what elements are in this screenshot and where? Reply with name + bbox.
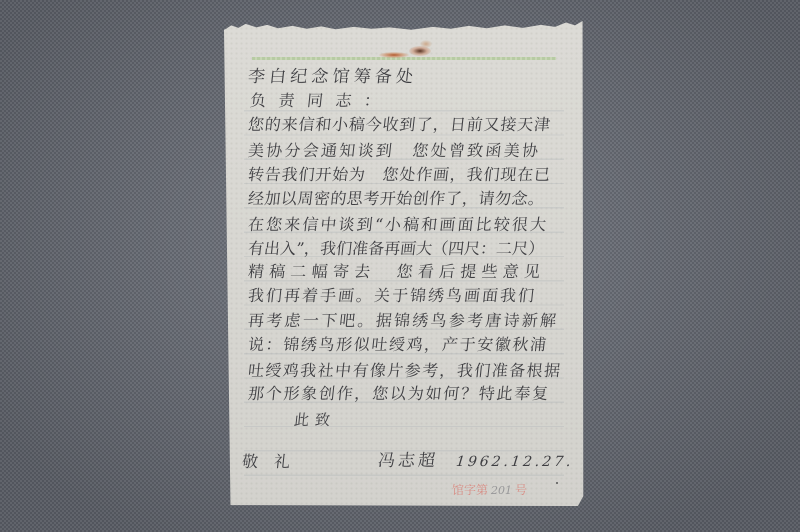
- letter-closing-jingli: 敬礼: [241, 452, 307, 472]
- letter-body-line: 吐绶鸡我社中有像片参考，我们准备根据: [247, 361, 561, 381]
- paper-speck: [556, 482, 558, 484]
- letter-body-line: 美协分会通知谈到 您处曾致函美协: [247, 141, 539, 161]
- letter-closing-cizhi: 此致: [293, 410, 337, 430]
- letter-salutation: 负责同志：: [249, 91, 381, 111]
- rust-stain: [420, 40, 432, 48]
- stamp-suffix: 号: [515, 483, 527, 497]
- letter-body-line: 精稿二幅寄去 您看后提些意见: [247, 262, 541, 282]
- letter-body-line: 那个形象创作，您以为如何？特此奉复: [247, 384, 549, 404]
- letter-date: 1962.12.27.: [455, 452, 575, 472]
- letter-body-line: 有出入”，我们准备再画大（四尺：二尺）: [247, 239, 541, 259]
- letter-body-line: 再考虑一下吧。据锦绣鸟参考唐诗新解: [247, 311, 557, 331]
- letter-body-line: 经加以周密的思考开始创作了，请勿念。: [247, 189, 545, 209]
- letter-body-line: 说：锦绣鸟形似吐绶鸡，产于安徽秋浦: [247, 335, 547, 355]
- archive-stamp: 馆字第201号: [452, 481, 527, 498]
- letter-signature: 冯志超: [377, 451, 439, 471]
- stamp-number: 201: [491, 484, 512, 497]
- rust-stain: [379, 52, 409, 58]
- header-rule-line: [252, 57, 556, 60]
- letter-body-line: 您的来信和小稿今收到了，日前又接天津: [247, 115, 551, 135]
- letter-recipient: 李白纪念馆筹备处: [247, 67, 414, 87]
- letter-body-line: 我们再着手画。关于锦绣鸟画面我们: [247, 286, 535, 306]
- letter-body-line: 转告我们开始为 您处作画，我们现在已: [247, 165, 551, 185]
- letter-body-line: 在您来信中谈到“小稿和画面比较很大: [247, 215, 547, 235]
- letter-paper: 李白纪念馆筹备处 负责同志： 您的来信和小稿今收到了，日前又接天津 美协分会通知…: [224, 21, 584, 508]
- stamp-prefix: 馆字第: [452, 483, 488, 497]
